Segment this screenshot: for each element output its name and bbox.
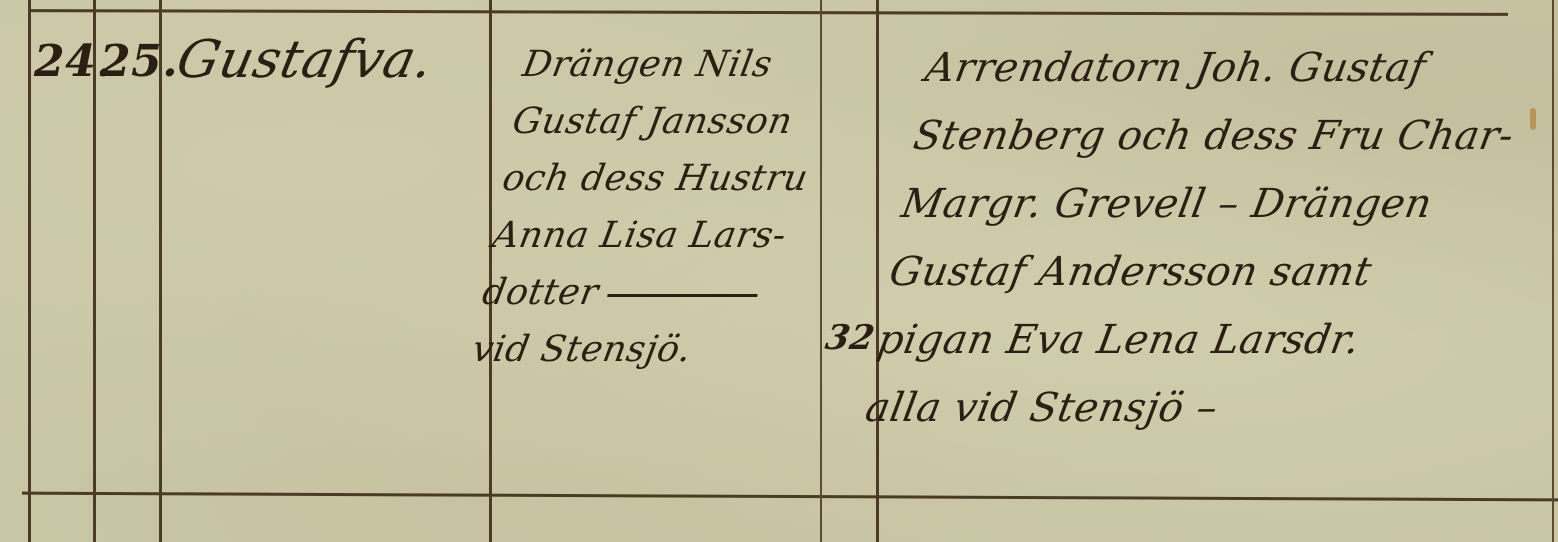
witnesses-line: Stenberg och dess Fru Char- xyxy=(908,102,1558,170)
parents-line-with-dash: dotter xyxy=(478,264,813,321)
row-top-rule xyxy=(28,9,1508,16)
filler-dash xyxy=(607,294,758,297)
column-rule-6 xyxy=(876,0,879,542)
column-rule-1 xyxy=(28,0,31,542)
parents-line: Gustaf Jansson xyxy=(508,93,843,150)
ink-stain xyxy=(1530,108,1536,130)
parents-line: dotter xyxy=(479,272,601,313)
parents-line: Anna Lisa Lars- xyxy=(488,207,823,264)
parents-line: och dess Hustru xyxy=(498,150,833,207)
parents-entry: Drängen Nils Gustaf Jansson och dess Hus… xyxy=(468,36,853,378)
witnesses-line: Margr. Grevell – Drängen xyxy=(896,170,1548,238)
witnesses-line: Gustaf Andersson samt xyxy=(884,238,1536,306)
witnesses-line: Arrendatorn Joh. Gustaf xyxy=(920,34,1558,102)
parents-line: Drängen Nils xyxy=(518,36,853,93)
witnesses-entry: Arrendatorn Joh. Gustaf Stenberg och des… xyxy=(860,34,1558,442)
parents-line: vid Stensjö. xyxy=(468,321,803,378)
child-name: Gustafva. xyxy=(172,30,439,90)
witnesses-line: pigan Eva Lena Larsdr. xyxy=(872,306,1524,374)
mother-age: 32 xyxy=(822,318,877,358)
baptized-day: 25. xyxy=(100,36,178,87)
row-bottom-rule xyxy=(22,492,1558,502)
witnesses-line: alla vid Stensjö – xyxy=(860,374,1512,442)
